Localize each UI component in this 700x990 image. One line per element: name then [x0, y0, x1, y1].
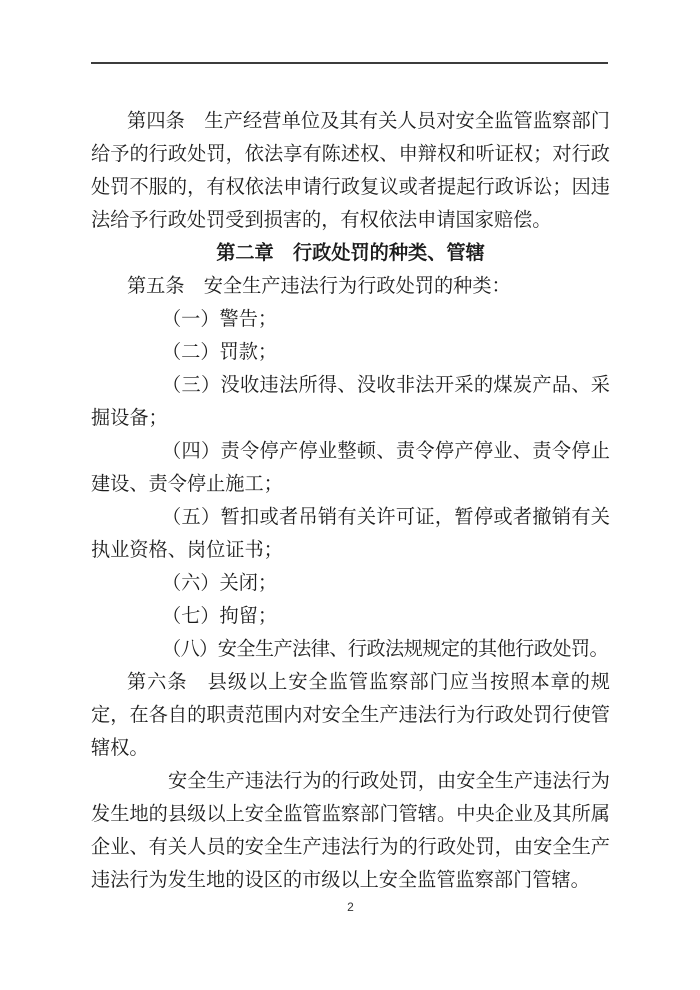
text-line: （一）警告； — [91, 303, 610, 336]
text-line: （二）罚款； — [91, 336, 610, 369]
text-line: 建设、责令停止施工； — [91, 468, 610, 501]
text-line: 第六条 县级以上安全监管监察部门应当按照本章的规 — [91, 666, 610, 699]
document-body: 第四条 生产经营单位及其有关人员对安全监管监察部门给予的行政处罚，依法享有陈述权… — [91, 105, 610, 897]
text-line: 辖权。 — [91, 732, 610, 765]
text-line: 执业资格、岗位证书； — [91, 534, 610, 567]
text-line: 第四条 生产经营单位及其有关人员对安全监管监察部门 — [91, 105, 610, 138]
text-line: （四）责令停产停业整顿、责令停产停业、责令停止 — [91, 435, 610, 468]
text-line: 第五条 安全生产违法行为行政处罚的种类： — [91, 270, 610, 303]
text-line: （六）关闭； — [91, 567, 610, 600]
header-rule — [91, 62, 608, 64]
text-line: 定，在各自的职责范围内对安全生产违法行为行政处罚行使管 — [91, 699, 610, 732]
text-line: （七）拘留； — [91, 600, 610, 633]
text-line: 处罚不服的，有权依法申请行政复议或者提起行政诉讼；因违 — [91, 171, 610, 204]
text-line: 违法行为发生地的设区的市级以上安全监管监察部门管辖。 — [91, 864, 610, 897]
text-line: 给予的行政处罚，依法享有陈述权、申辩权和听证权；对行政 — [91, 138, 610, 171]
document-page: 第四条 生产经营单位及其有关人员对安全监管监察部门给予的行政处罚，依法享有陈述权… — [0, 0, 700, 990]
text-line: 掘设备； — [91, 402, 610, 435]
text-line: 企业、有关人员的安全生产违法行为的行政处罚，由安全生产 — [91, 831, 610, 864]
text-line: 法给予行政处罚受到损害的，有权依法申请国家赔偿。 — [91, 204, 610, 237]
text-line: （三）没收违法所得、没收非法开采的煤炭产品、采 — [91, 369, 610, 402]
chapter-heading: 第二章 行政处罚的种类、管辖 — [91, 237, 610, 270]
text-line: 安全生产违法行为的行政处罚，由安全生产违法行为 — [91, 765, 610, 798]
text-line: （八）安全生产法律、行政法规规定的其他行政处罚。 — [91, 633, 610, 666]
text-line: （五）暂扣或者吊销有关许可证，暂停或者撤销有关 — [91, 501, 610, 534]
page-number: 2 — [91, 897, 610, 917]
text-line: 发生地的县级以上安全监管监察部门管辖。中央企业及其所属 — [91, 798, 610, 831]
